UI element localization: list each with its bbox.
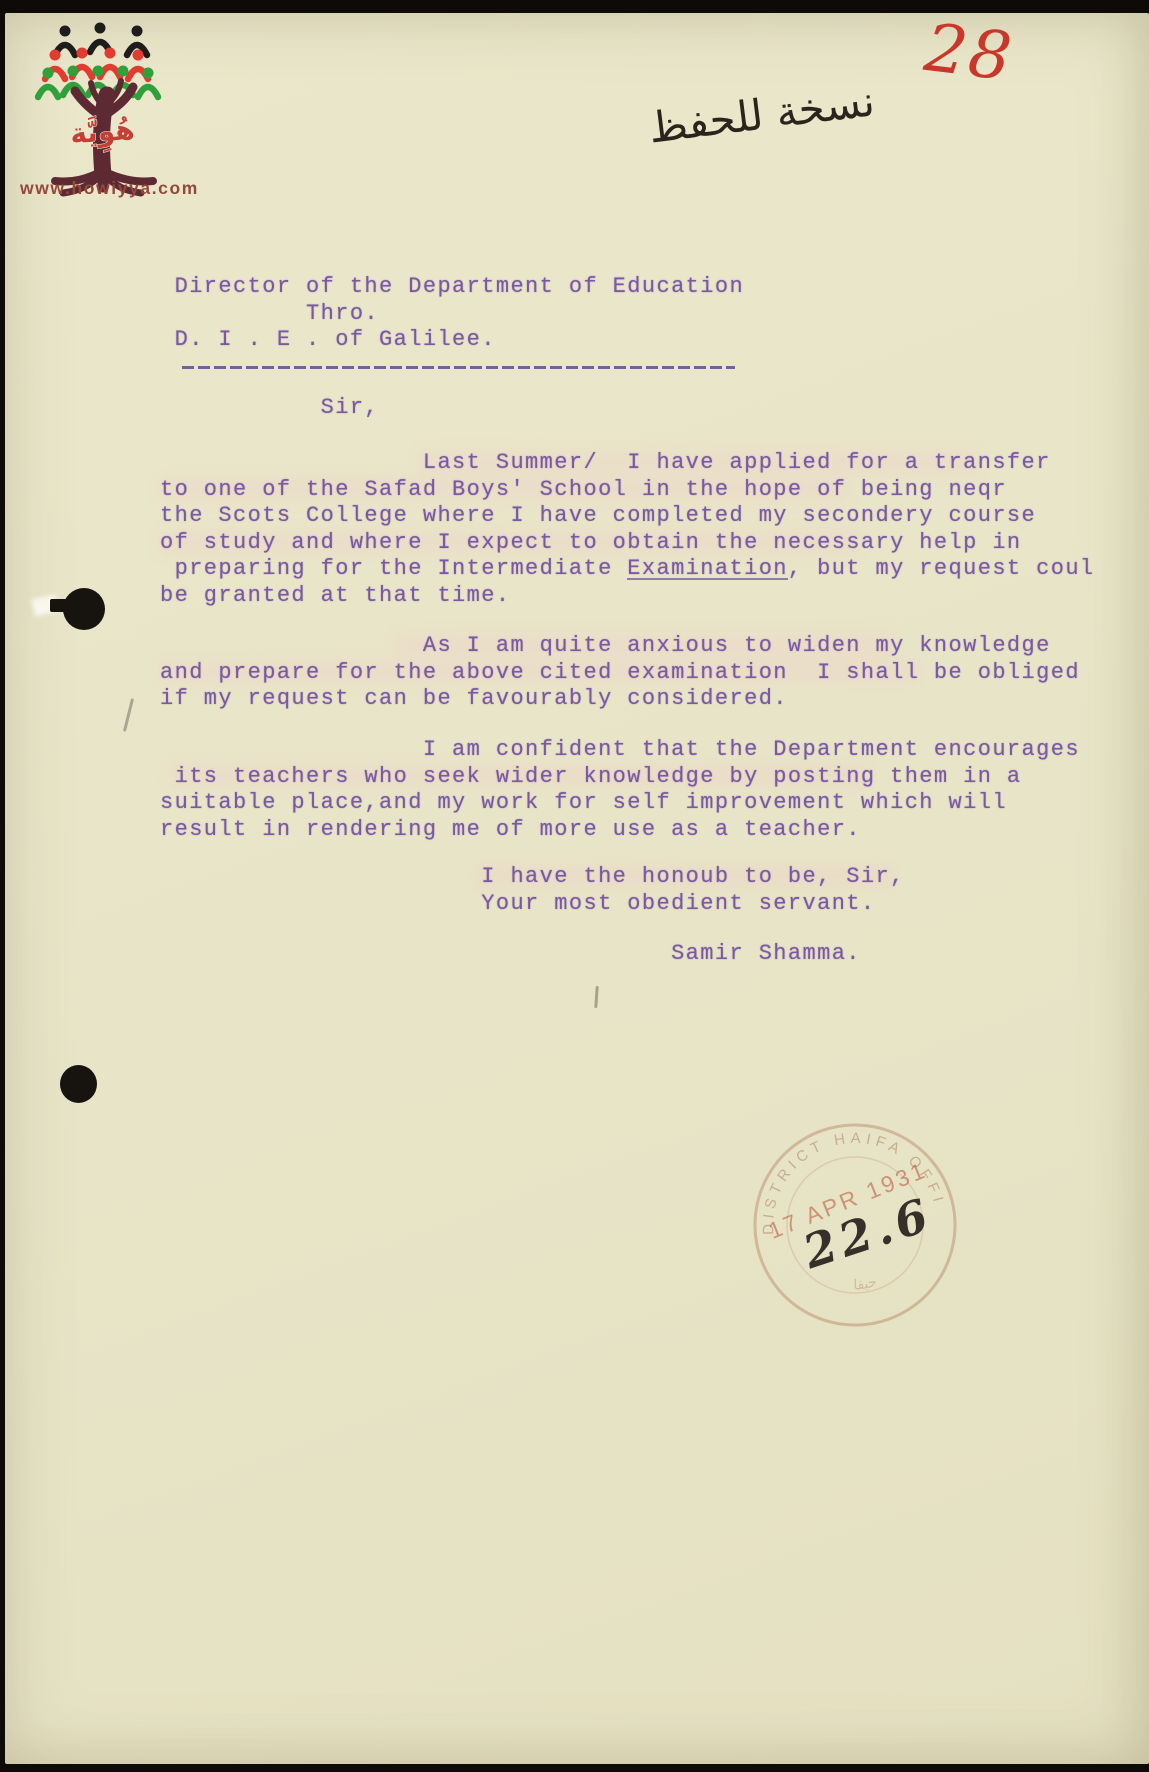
svg-text:حيفا: حيفا — [850, 1272, 879, 1295]
file-number-annotation: 28 — [921, 9, 1018, 96]
logo-people-icon — [38, 23, 158, 98]
recipient-block: Director of the Department of Education … — [160, 274, 744, 354]
recipient-underline — [182, 366, 735, 369]
signature: Samir Shamma. — [160, 941, 861, 968]
salutation: Sir, — [160, 395, 379, 422]
hole-punch-bottom — [60, 1065, 97, 1103]
paragraph-3: I am confident that the Department encou… — [160, 737, 1080, 843]
scanned-document-page: هُوِيَّة www.howiyya.com 28 نسخة للحفظ D… — [0, 0, 1149, 1772]
stamp-arabic-text: حيفا — [850, 1272, 879, 1295]
site-url: www.howiyya.com — [20, 178, 199, 199]
paragraph-1: Last Summer/ I have applied for a transf… — [160, 450, 1095, 609]
closing-block: I have the honoub to be, Sir, Your most … — [160, 864, 905, 917]
hole-punch-top — [63, 588, 105, 630]
paragraph-2: As I am quite anxious to widen my knowle… — [160, 633, 1080, 713]
examination-underline — [627, 578, 788, 580]
